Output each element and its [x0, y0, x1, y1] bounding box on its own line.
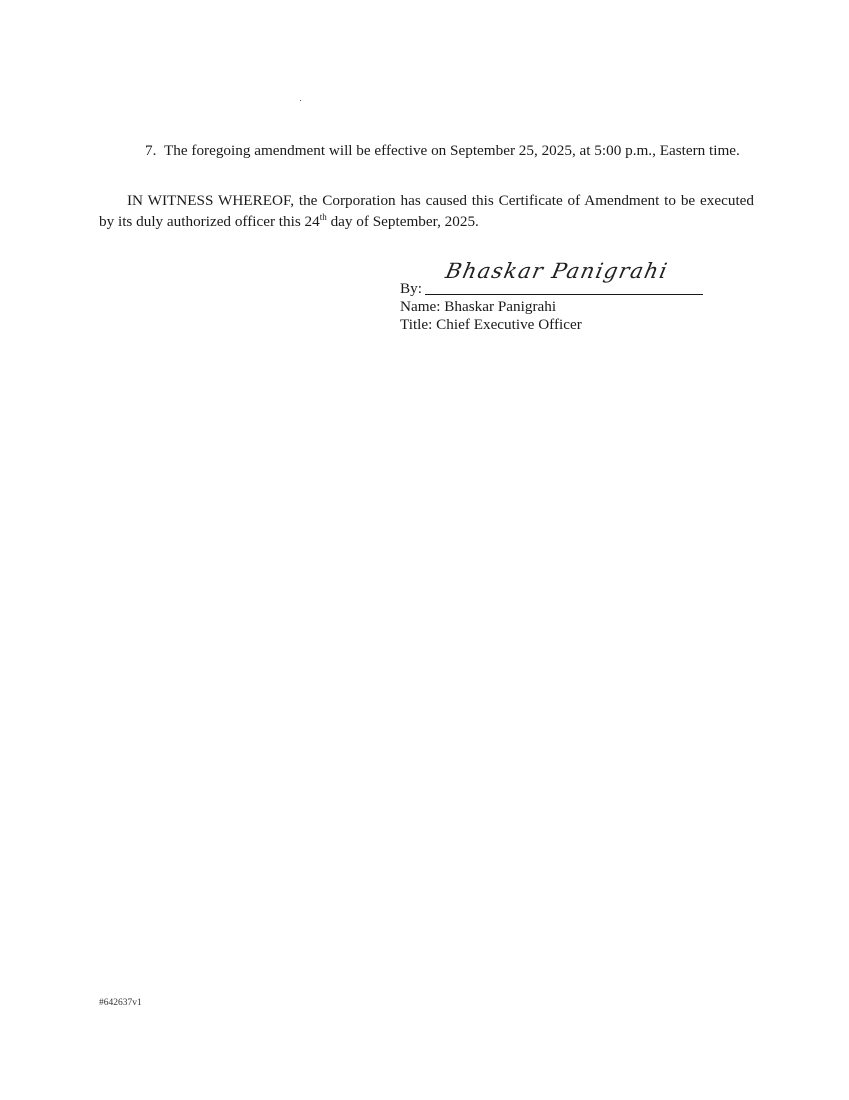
- witness-paragraph: IN WITNESS WHEREOF, the Corporation has …: [99, 190, 754, 232]
- signature-block: By: Bhaskar Panigrahi Name: Bhaskar Pani…: [400, 262, 710, 334]
- paragraph-number: 7.: [145, 142, 156, 159]
- signature-row: By: Bhaskar Panigrahi: [400, 262, 710, 298]
- witness-text-end: day of September, 2025.: [327, 213, 479, 230]
- by-label: By:: [400, 280, 422, 298]
- signature-line: [425, 294, 703, 295]
- handwritten-signature: Bhaskar Panigrahi: [444, 262, 670, 280]
- ordinal-suffix: th: [320, 212, 327, 222]
- paragraph-text: The foregoing amendment will be effectiv…: [164, 142, 740, 159]
- signer-title: Title: Chief Executive Officer: [400, 316, 710, 334]
- signer-name: Name: Bhaskar Panigrahi: [400, 298, 710, 316]
- stray-mark: [300, 100, 301, 101]
- document-id-footer: #642637v1: [99, 998, 142, 1008]
- paragraph-7: 7. The foregoing amendment will be effec…: [99, 140, 754, 161]
- document-page: 7. The foregoing amendment will be effec…: [0, 0, 849, 1100]
